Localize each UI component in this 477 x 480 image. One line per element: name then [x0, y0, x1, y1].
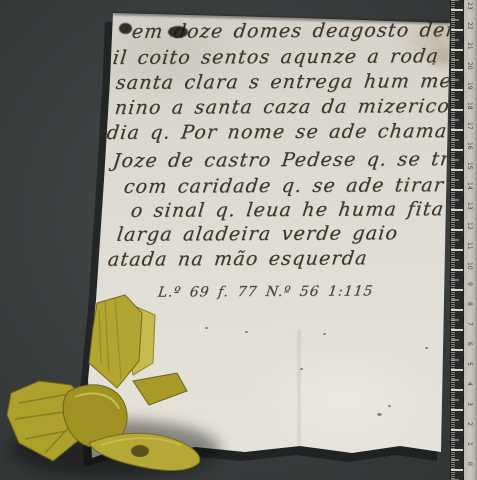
ruler-number: 1 — [466, 442, 473, 446]
ruler-number: 15 — [466, 162, 473, 170]
ruler-number: 4 — [466, 382, 473, 386]
ruler-number: 3 — [466, 402, 473, 406]
paper-speck — [388, 405, 391, 407]
paper-speck — [377, 413, 382, 416]
ruler-number: 10 — [466, 262, 473, 270]
ruler-number: 6 — [466, 342, 473, 346]
measurement-ruler: 23222120191817161514131211109876543210 — [450, 0, 477, 480]
ruler-number: 23 — [466, 2, 473, 10]
ink-blot — [119, 23, 132, 34]
paper-speck — [300, 368, 303, 370]
manuscript-line: o sinal q. leua he huma fita — [130, 198, 446, 222]
ruler-cm-ticks — [451, 0, 463, 480]
ruler-number-strip — [464, 0, 477, 480]
ruler-number: 19 — [466, 82, 473, 90]
ruler-number: 7 — [466, 322, 473, 326]
ruler-number: 11 — [466, 242, 473, 250]
paper-speck — [425, 347, 428, 349]
ruler-number: 18 — [466, 102, 473, 110]
ruler-number: 22 — [466, 22, 473, 30]
ruler-number: 21 — [466, 42, 473, 50]
ruler-number: 8 — [466, 302, 473, 306]
ruler-tick-strip — [450, 0, 464, 480]
manuscript-line: santa clara s entrega hum me — [115, 70, 454, 94]
paper-speck — [323, 333, 326, 335]
manuscript-line: il coito sentos aqunze a roda de — [112, 45, 477, 69]
paper-crease — [298, 330, 300, 456]
ruler-number: 2 — [466, 422, 473, 426]
ink-blot — [168, 26, 188, 38]
ruler-number: 5 — [466, 362, 473, 366]
paper-speck — [245, 331, 248, 333]
ruler-number: 12 — [466, 222, 473, 230]
manuscript-line: dia q. Por nome se ade chamar — [106, 120, 459, 144]
ruler-number: 13 — [466, 202, 473, 210]
ruler-number: 20 — [466, 62, 473, 70]
ribbon-token — [5, 293, 215, 480]
manuscript-line: nino a santa caza da mizericor — [114, 95, 462, 119]
ruler-number: 16 — [466, 142, 473, 150]
archival-photo: em doze domes deagosto dem il coito sent… — [0, 0, 477, 480]
ruler-number: 17 — [466, 122, 473, 130]
manuscript-line: Joze de castro Pedese q. se trate — [112, 148, 477, 172]
manuscript-line: com caridade q. se ade tirar — [123, 174, 446, 198]
ruler-number: 14 — [466, 182, 473, 190]
paper-speck — [432, 63, 435, 65]
manuscript-line: larga aladeira verde gaio — [116, 222, 400, 245]
manuscript-line: atada na mão esquerda — [107, 247, 369, 270]
ruler-number: 0 — [466, 462, 473, 466]
ruler-number: 9 — [466, 282, 473, 286]
